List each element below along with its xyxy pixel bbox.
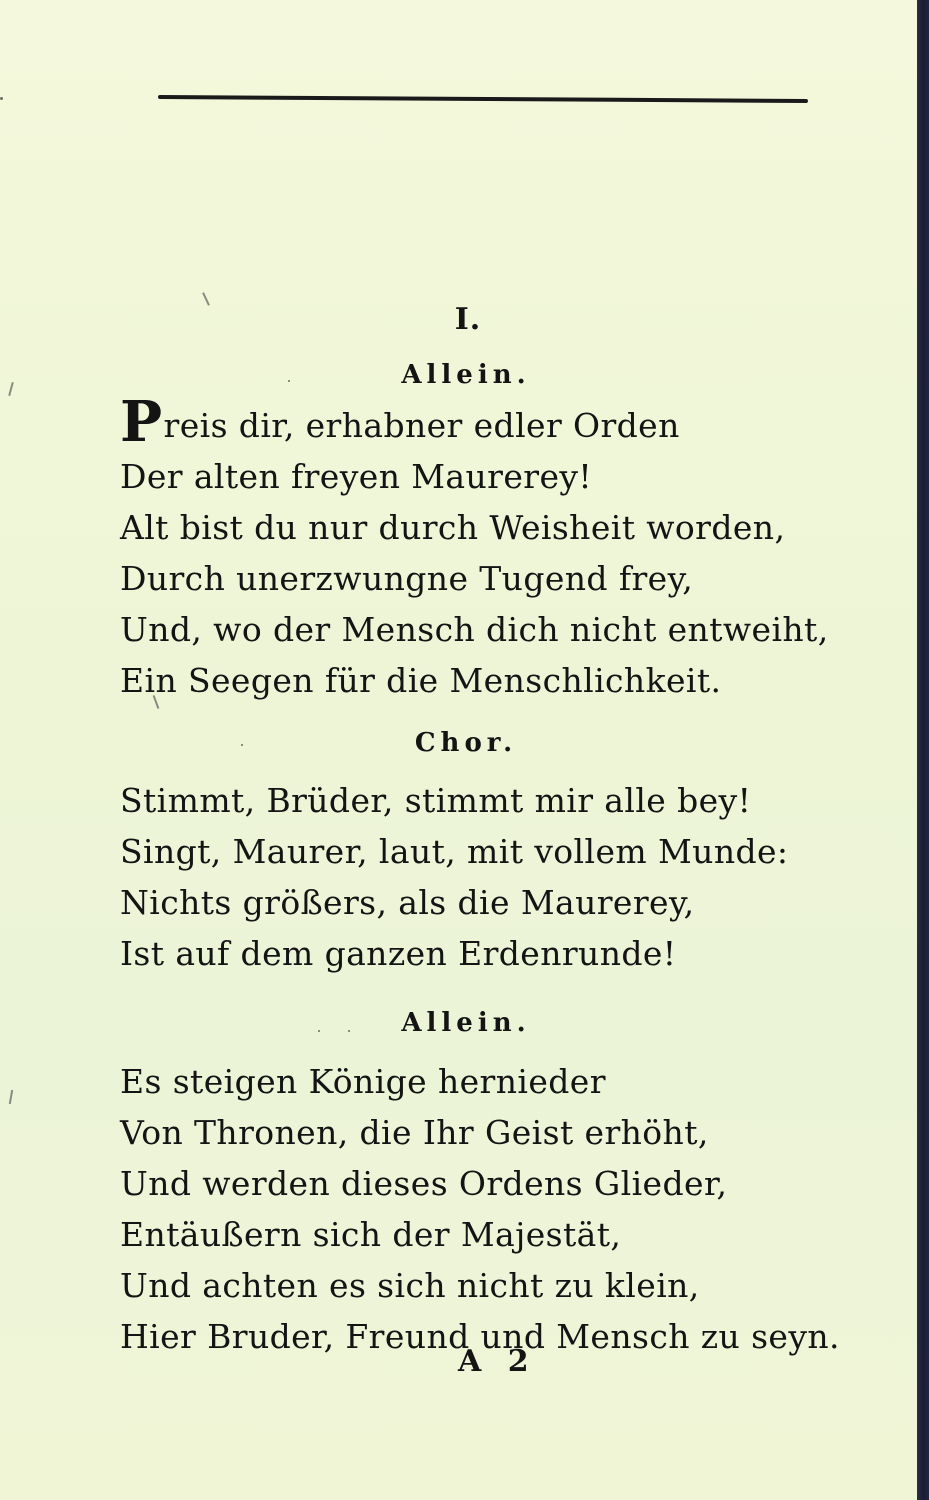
scan-speck <box>0 97 3 100</box>
scan-speck <box>348 1030 350 1032</box>
printer-signature-mark: A 2 <box>458 1344 537 1379</box>
scan-speck <box>241 744 243 746</box>
book-page: I. Allein. Preis dir, erhabner edler Ord… <box>0 0 918 1500</box>
top-rule-divider <box>158 95 808 103</box>
scan-mark <box>9 1090 13 1104</box>
verse-line: Der alten freyen Maurerey! <box>120 451 820 502</box>
stanza-2-chorus: Stimmt, Brüder, stimmt mir alle bey! Sin… <box>120 775 820 979</box>
scan-speck <box>318 1030 320 1032</box>
verse-line: Ein Seegen für die Menschlichkeit. <box>120 655 820 706</box>
stanza-heading-allein-2: Allein. <box>0 1008 918 1038</box>
verse-line: Durch unerzwungne Tugend frey, <box>120 553 820 604</box>
verse-text: reis dir, erhabner edler Orden <box>164 406 680 445</box>
verse-line: Und, wo der Mensch dich nicht entweiht, <box>120 604 820 655</box>
verse-line: Nichts größers, als die Maurerey, <box>120 877 820 928</box>
verse-line: Alt bist du nur durch Weisheit worden, <box>120 502 820 553</box>
verse-line: Singt, Maurer, laut, mit vollem Munde: <box>120 826 820 877</box>
stanza-3: Es steigen Könige hernieder Von Thronen,… <box>120 1056 820 1362</box>
scan-speck <box>288 380 290 382</box>
verse-line: Preis dir, erhabner edler Orden <box>120 400 820 451</box>
verse-line: Es steigen Könige hernieder <box>120 1056 820 1107</box>
verse-line: Und werden dieses Ordens Glieder, <box>120 1158 820 1209</box>
verse-line: Entäußern sich der Majestät, <box>120 1209 820 1260</box>
book-binding-edge <box>917 0 929 1500</box>
stanza-heading-allein-1: Allein. <box>0 360 918 390</box>
verse-line: Stimmt, Brüder, stimmt mir alle bey! <box>120 775 820 826</box>
section-number: I. <box>0 302 918 337</box>
verse-line: Ist auf dem ganzen Erdenrunde! <box>120 928 820 979</box>
dropcap-initial: P <box>120 389 163 455</box>
verse-line: Und achten es sich nicht zu klein, <box>120 1260 820 1311</box>
verse-line: Von Thronen, die Ihr Geist erhöht, <box>120 1107 820 1158</box>
stanza-1: Preis dir, erhabner edler Orden Der alte… <box>120 400 820 706</box>
stanza-heading-chor: Chor. <box>0 728 918 758</box>
